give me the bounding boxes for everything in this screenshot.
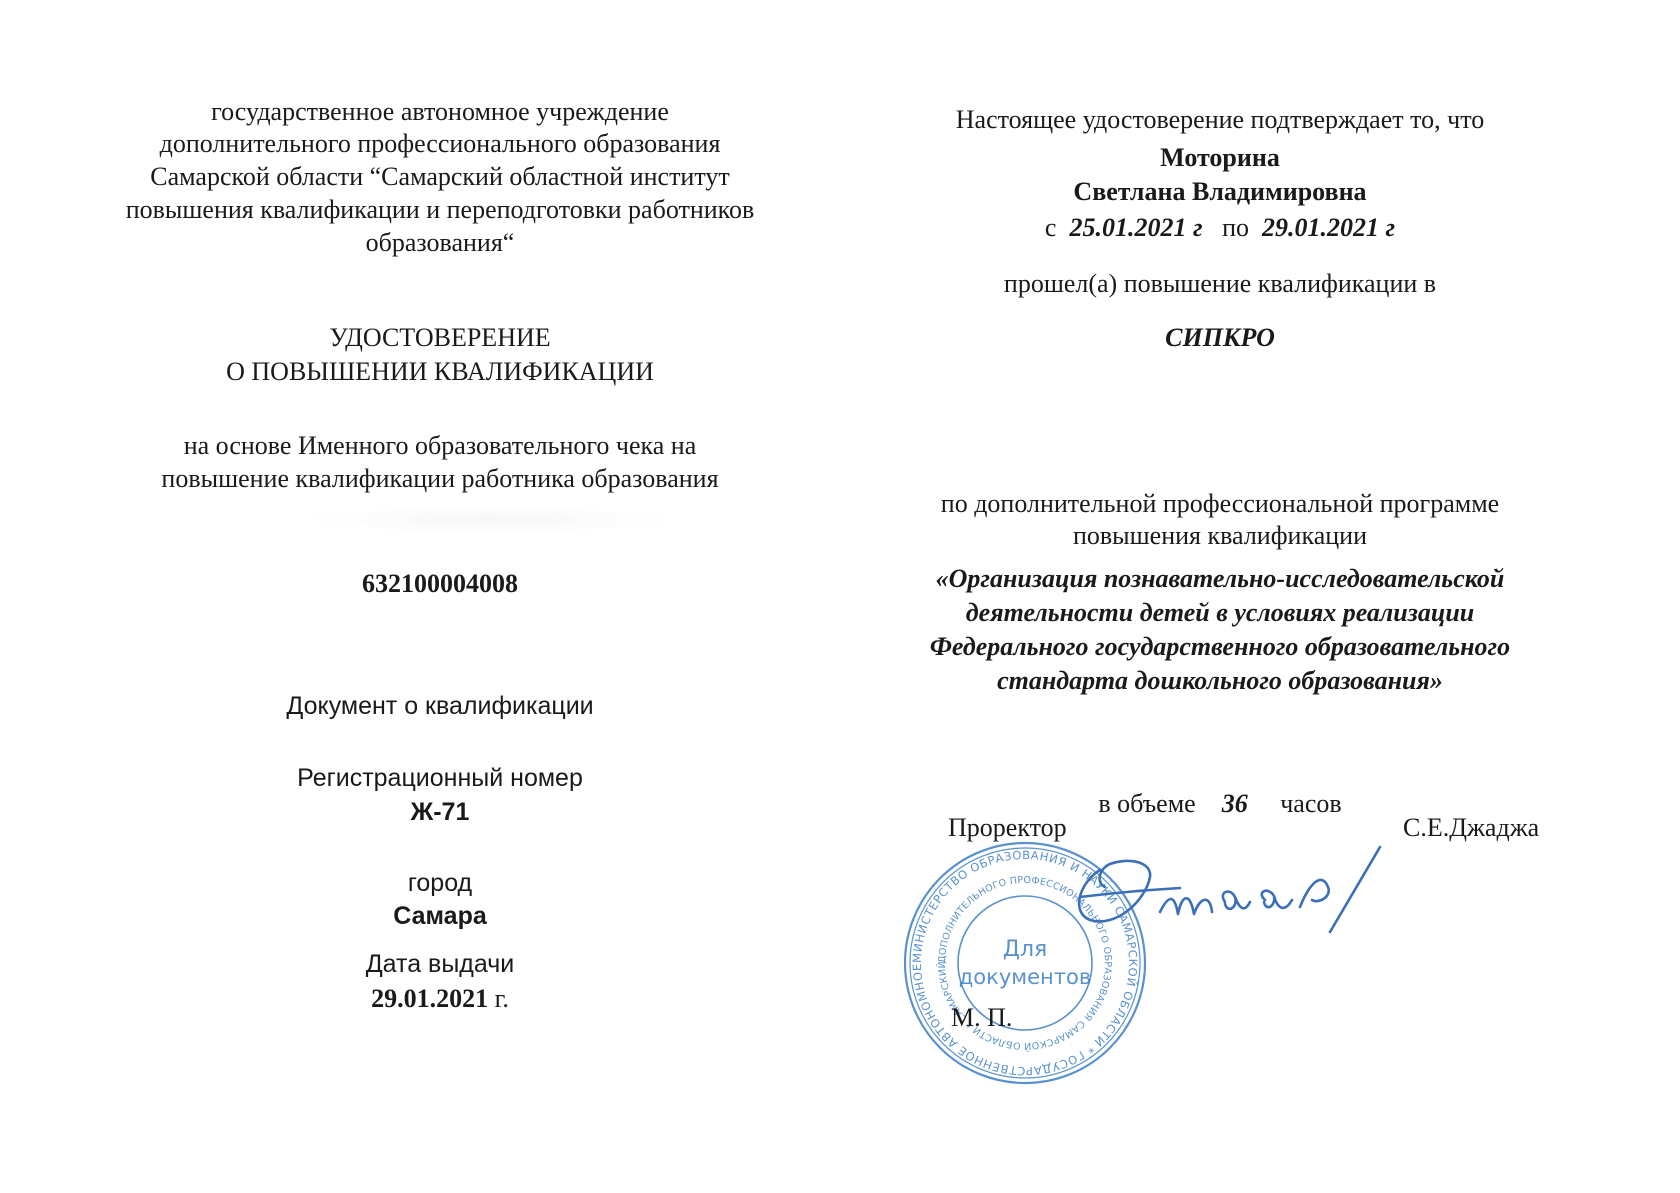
registration-number: Ж-71 xyxy=(90,796,790,828)
period-from-prefix: с xyxy=(1045,213,1057,242)
basis-line: на основе Именного образовательного чека… xyxy=(90,430,790,462)
period-to-date: 29.01.2021 г xyxy=(1262,213,1395,242)
signature-icon xyxy=(1060,842,1400,962)
institution-line: повышения квалификации и переподготовки … xyxy=(90,194,790,226)
document-label: Документ о квалификации xyxy=(90,690,790,722)
program-title: стандарта дошкольного образования» xyxy=(880,665,1560,697)
intro-text: Настоящее удостоверение подтверждает то,… xyxy=(880,104,1560,136)
issue-date-suffix: г. xyxy=(488,984,509,1013)
institution-line: государственное автономное учреждение xyxy=(90,96,790,128)
passed-text: прошел(а) повышение квалификации в xyxy=(880,268,1560,300)
signer-title: Проректор xyxy=(948,812,1067,844)
period-from-date: 25.01.2021 г xyxy=(1069,213,1202,242)
program-title: деятельности детей в условиях реализации xyxy=(880,597,1560,629)
program-intro: по дополнительной профессиональной прогр… xyxy=(880,488,1560,520)
scan-smudge xyxy=(300,505,680,535)
issue-date-label: Дата выдачи xyxy=(90,948,790,980)
recipient-surname: Моторина xyxy=(880,142,1560,174)
document-title: О ПОВЫШЕНИИ КВАЛИФИКАЦИИ xyxy=(90,356,790,388)
program-intro: повышения квалификации xyxy=(880,520,1560,552)
institution-line: дополнительного профессионального образо… xyxy=(90,128,790,160)
document-title: УДОСТОВЕРЕНИЕ xyxy=(90,322,790,354)
period-to-prefix: по xyxy=(1222,213,1249,242)
volume-prefix: в объеме xyxy=(1098,789,1195,818)
organization: СИПКРО xyxy=(880,322,1560,354)
program-title: Федерального государственного образовате… xyxy=(880,631,1560,663)
program-title: «Организация познавательно-исследователь… xyxy=(880,563,1560,595)
institution-line: образования“ xyxy=(90,227,790,259)
svg-text:документов: документов xyxy=(959,965,1091,989)
signer-name: С.Е.Джаджа xyxy=(1403,812,1539,844)
registration-label: Регистрационный номер xyxy=(90,762,790,794)
seal-label: М. П. xyxy=(951,1002,1012,1034)
city: Самара xyxy=(90,900,790,932)
basis-line: повышение квалификации работника образов… xyxy=(90,463,790,495)
institution-line: Самарской области “Самарский областной и… xyxy=(90,161,790,193)
svg-text:Для: Для xyxy=(1003,937,1047,962)
issue-date-value: 29.01.2021 xyxy=(371,984,488,1013)
issue-date: 29.01.2021 г. xyxy=(90,983,790,1015)
check-number: 632100004008 xyxy=(90,568,790,600)
training-period: с 25.01.2021 г по 29.01.2021 г xyxy=(880,212,1560,244)
volume-value: 36 xyxy=(1222,789,1248,818)
volume-suffix: часов xyxy=(1280,789,1341,818)
recipient-given-names: Светлана Владимировна xyxy=(880,176,1560,208)
city-label: город xyxy=(90,867,790,899)
